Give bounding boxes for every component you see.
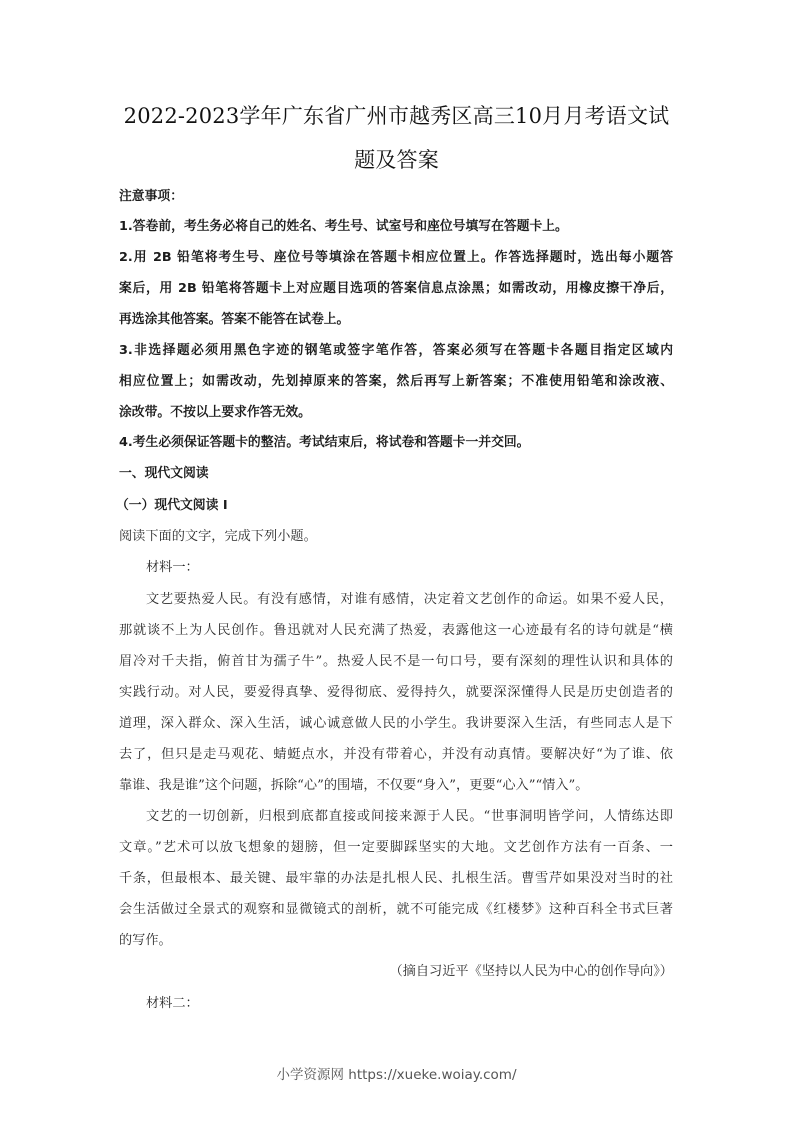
material-1-p2-line-3: 千条，但最根本、最关键、最牢靠的办法是扎根人民、扎根生活。曹雪芹如果没对当时的社 [119, 870, 673, 888]
material-1-p2-line-2: 文章。”艺术可以放飞想象的翅膀，但一定要脚踩坚实的大地。文艺创作方法有一百条、一 [119, 839, 673, 857]
notice-item-3-line-1: 3.非选择题必须用黑色字迹的钢笔或签字笔作答，答案必须写在答题卡各题目指定区域内 [119, 342, 673, 360]
notice-item-2-line-1: 2.用 2B 铅笔将考生号、座位号等填涂在答题卡相应位置上。作答选择题时，选出每… [119, 249, 673, 267]
notice-item-1: 1.答卷前，考生务必将自己的姓名、考生号、试室号和座位号填写在答题卡上。 [119, 218, 673, 236]
material-1-p1-line-1: 文艺要热爱人民。有没有感情，对谁有感情，决定着文艺创作的命运。如果不爱人民， [119, 591, 673, 609]
material-1-p1-line-5: 道理，深入群众、深入生活，诚心诚意做人民的小学生。我讲要深入生活，有些同志人是下 [119, 715, 673, 733]
material-1-p1-line-3: 眉冷对千夫指，俯首甘为孺子牛”。热爱人民不是一句口号，要有深刻的理性认识和具体的 [119, 653, 673, 671]
material-1-p1-line-6: 去了，但只是走马观花、蜻蜓点水，并没有带着心，并没有动真情。要解决好“为了谁、依 [119, 746, 673, 764]
notice-item-4: 4.考生必须保证答题卡的整洁。考试结束后，将试卷和答题卡一并交回。 [119, 434, 673, 452]
material-1-p1-line-7: 靠谁、我是谁”这个问题，拆除“心”的围墙，不仅要“身入”，更要“心入”“情入”。 [119, 777, 673, 795]
document-title-line-2: 题及答案 [110, 145, 683, 175]
reading-instruction: 阅读下面的文字，完成下列小题。 [119, 528, 673, 546]
material-1-p2-line-1: 文艺的一切创新，归根到底都直接或间接来源于人民。“世事洞明皆学问，人情练达即 [119, 808, 673, 826]
section-heading: 一、现代文阅读 [119, 465, 673, 483]
document-title-line-1: 2022-2023学年广东省广州市越秀区高三10月月考语文试 [110, 101, 683, 131]
document-page: 2022-2023学年广东省广州市越秀区高三10月月考语文试 题及答案 注意事项… [0, 0, 793, 1122]
material-1-p2-line-5: 的写作。 [119, 932, 673, 950]
notice-item-3-line-2: 相应位置上；如需改动，先划掉原来的答案，然后再写上新答案；不准使用铅笔和涂改液、 [119, 373, 673, 391]
subsection-heading: （一）现代文阅读 I [116, 497, 670, 515]
material-1-label: 材料一： [119, 559, 673, 577]
notice-item-2-line-2: 案后，用 2B 铅笔将答题卡上对应题目选项的答案信息点涂黑；如需改动，用橡皮擦干… [119, 280, 673, 298]
material-1-p1-line-4: 实践行动。对人民，要爱得真挚、爱得彻底、爱得持久，就要深深懂得人民是历史创造者的 [119, 684, 673, 702]
footer-watermark: 小学资源网 https://xueke.woiay.com/ [0, 1063, 793, 1083]
material-1-p1-line-2: 那就谈不上为人民创作。鲁迅就对人民充满了热爱，表露他这一心迹最有名的诗句就是“横 [119, 622, 673, 640]
notice-item-2-line-3: 再选涂其他答案。答案不能答在试卷上。 [119, 311, 673, 329]
notice-heading: 注意事项： [119, 188, 673, 206]
material-1-source: （摘自习近平《坚持以人民为中心的创作导向》） [119, 963, 673, 981]
notice-item-3-line-3: 涂改带。不按以上要求作答无效。 [119, 404, 673, 422]
material-1-p2-line-4: 会生活做过全景式的观察和显微镜式的剖析，就不可能完成《红楼梦》这种百科全书式巨著 [119, 901, 673, 919]
material-2-label: 材料二： [119, 995, 673, 1013]
